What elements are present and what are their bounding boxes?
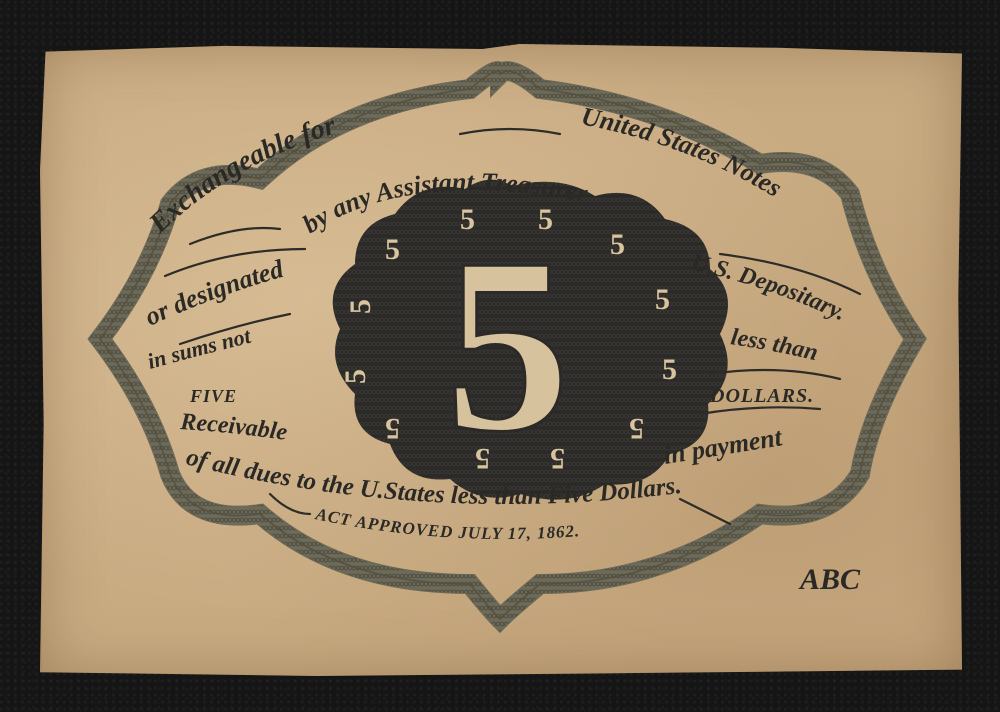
svg-text:5: 5 xyxy=(655,283,670,316)
svg-text:5: 5 xyxy=(629,412,644,445)
svg-text:in sums not: in sums not xyxy=(145,323,254,374)
svg-text:DOLLARS.: DOLLARS. xyxy=(709,385,814,407)
svg-text:FIVE: FIVE xyxy=(189,386,237,406)
engraver-monogram: ABC xyxy=(798,563,861,596)
svg-text:5: 5 xyxy=(610,228,625,261)
svg-text:less than: less than xyxy=(729,324,820,366)
svg-text:5: 5 xyxy=(344,299,377,314)
svg-text:5: 5 xyxy=(385,233,400,266)
banknote-engraving: 5 5 5 5 5 5 5 5 5 5 5 5 5 xyxy=(40,44,962,676)
svg-text:5: 5 xyxy=(385,412,400,445)
svg-text:5: 5 xyxy=(339,369,372,384)
svg-text:5: 5 xyxy=(662,353,677,386)
large-five-numeral: 5 xyxy=(445,207,570,484)
svg-text:Receivable: Receivable xyxy=(179,409,290,446)
banknote: 5 5 5 5 5 5 5 5 5 5 5 5 5 xyxy=(40,44,962,676)
svg-text:ACT APPROVED JULY 17, 1862.: ACT APPROVED JULY 17, 1862. xyxy=(313,504,581,543)
